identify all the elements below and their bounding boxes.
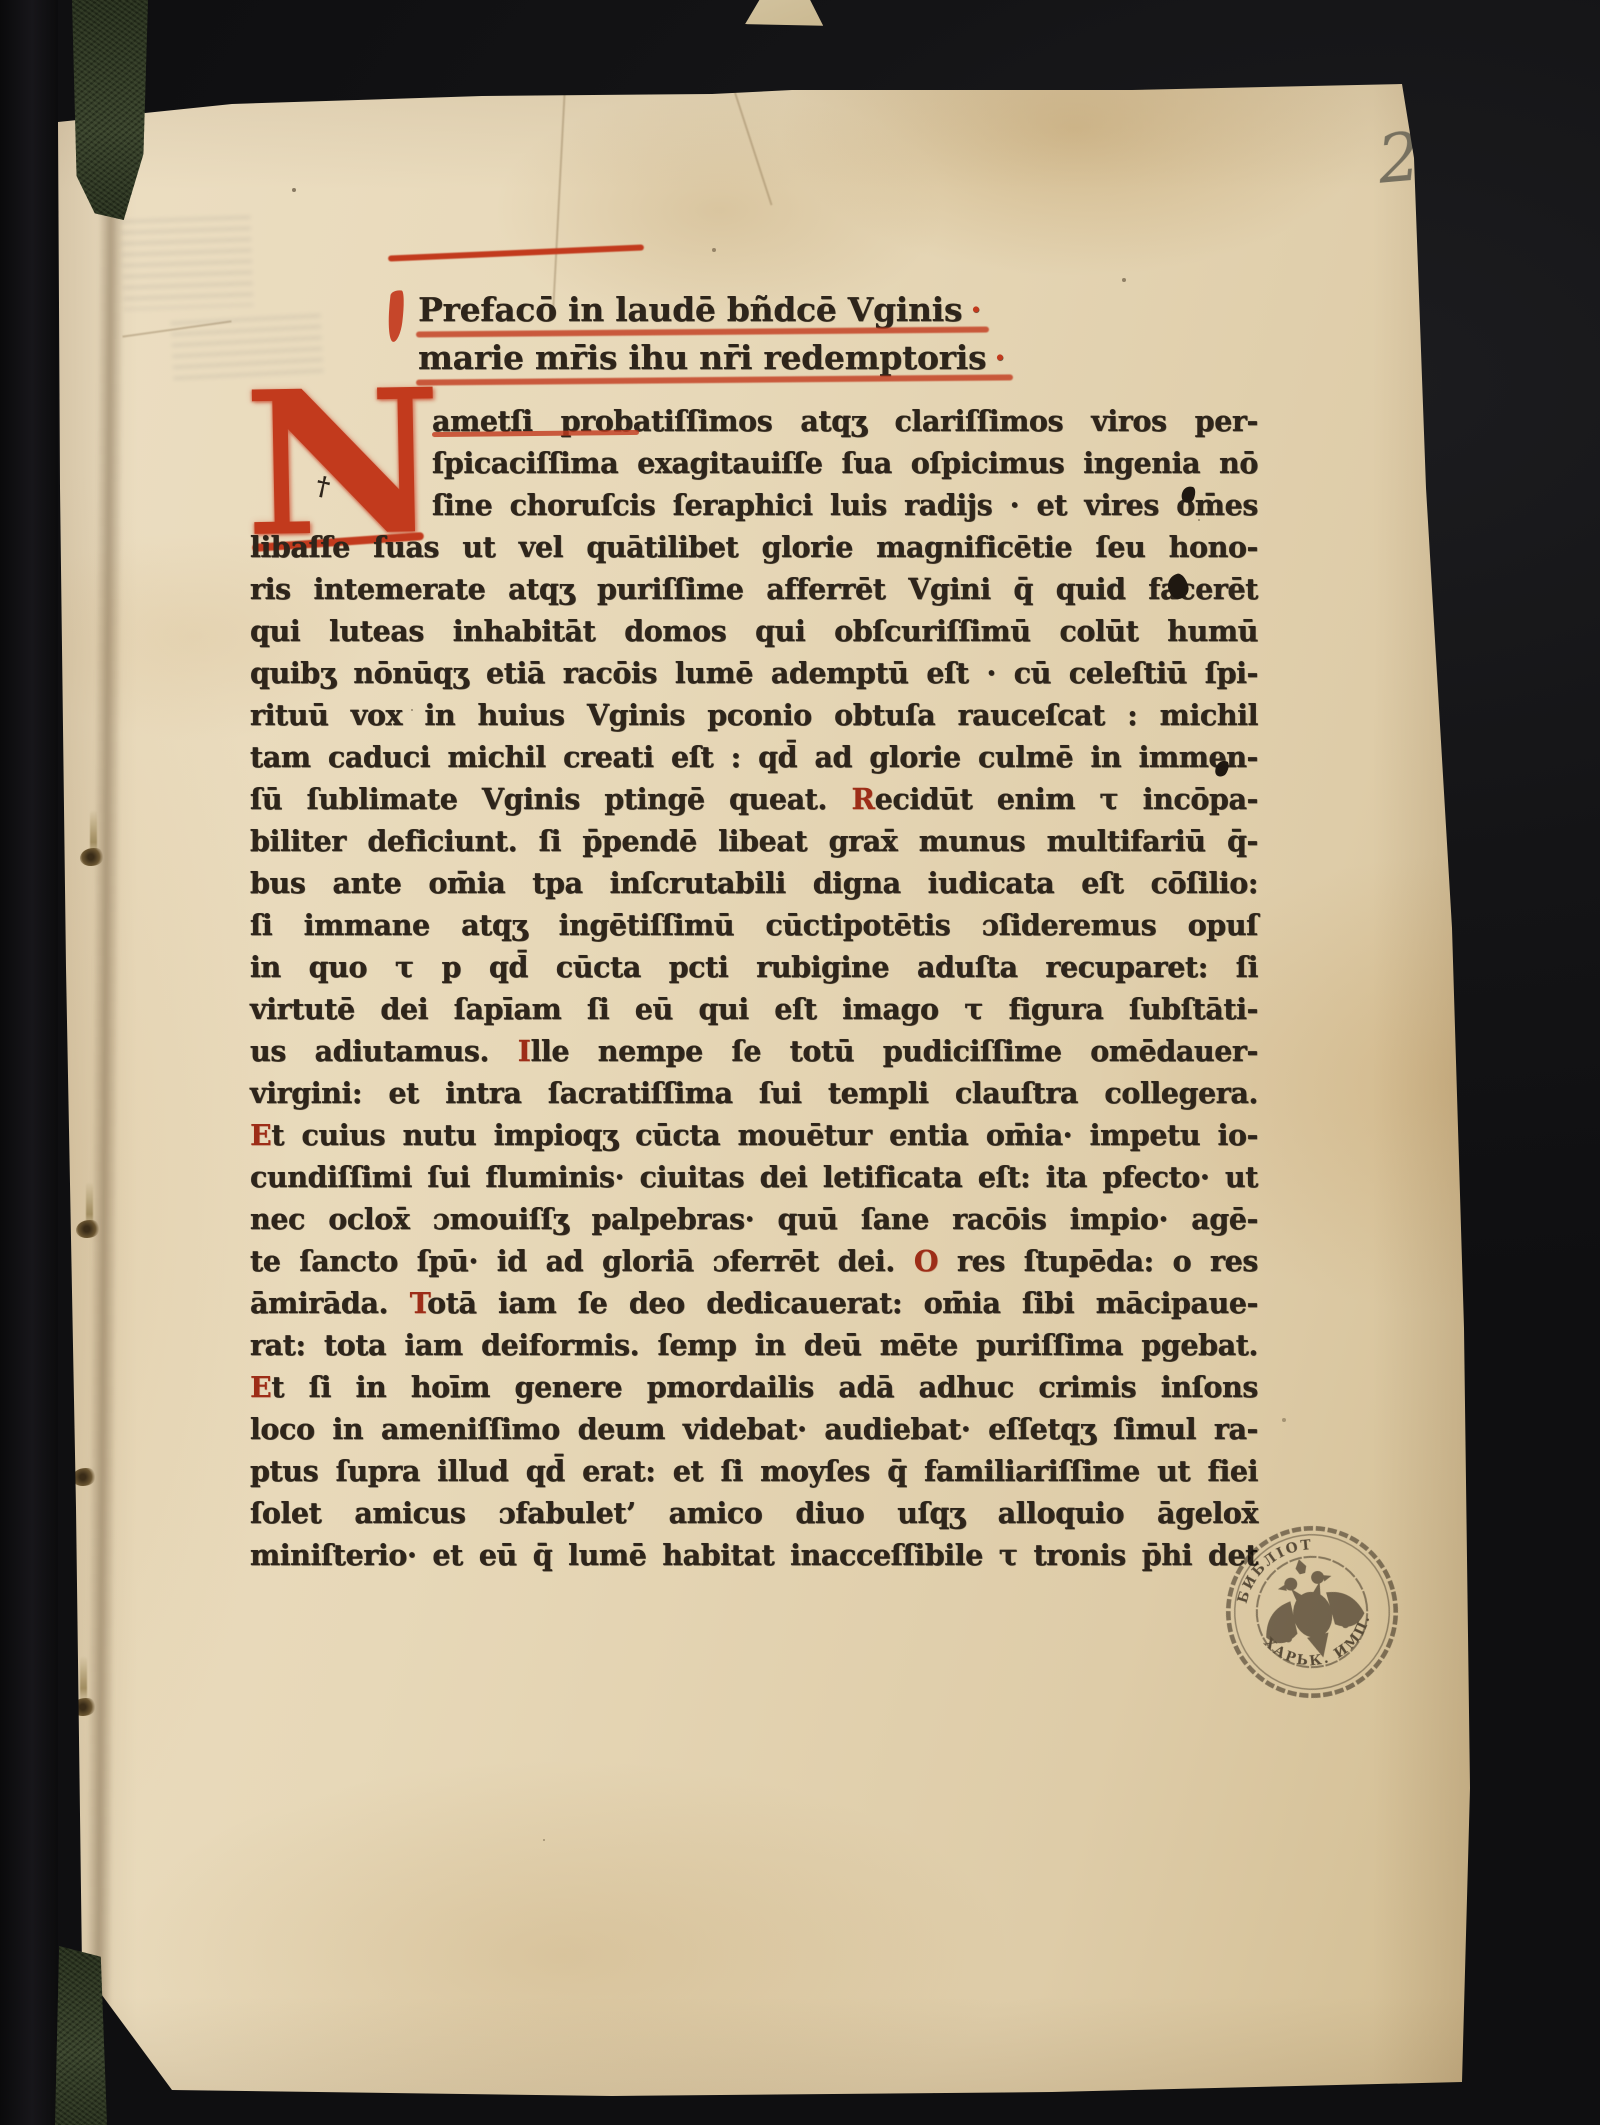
text-line: Et cuius nutu impioqʒ cūcta mouētur enti… xyxy=(250,1114,1258,1156)
text-line: ſū ſublimate Vginis ptingē queat. Recidū… xyxy=(250,778,1258,820)
text-segment: libaſſe ſuas ut vel quātilibet glorie ma… xyxy=(250,530,1258,564)
heading-line: Prefacō in laudē bñdcē Vginis· xyxy=(418,286,981,334)
text-segment: t ſi in hoīm genere pmordailis adā adhuc… xyxy=(271,1370,1258,1404)
text-line: cundiſſimi ſui fluminis· ciuitas dei let… xyxy=(250,1156,1258,1198)
text-line: tam caduci michil creati eſt : qd̄ ad gl… xyxy=(250,736,1258,778)
text-line: ametſi probatiſſimos atqʒ clariſſimos vi… xyxy=(250,400,1258,442)
text-line: rituū vox in huius Vginis pconio obtuſa … xyxy=(250,694,1258,736)
text-segment: quibʒ nōnūqʒ etiā racōis lumē ademptū eſ… xyxy=(250,656,1258,690)
heading: Prefacō in laudē bñdcē Vginis· marie mr̄… xyxy=(418,286,1005,382)
rubricated-letter: E xyxy=(250,1370,271,1404)
text-segment: res ſtupēda: o res xyxy=(938,1244,1258,1278)
text-line: te ſancto ſpū· id ad gloriā ɔferrēt dei.… xyxy=(250,1240,1258,1282)
red-paraph-mark xyxy=(385,289,406,342)
rubricated-letter: I xyxy=(518,1034,531,1068)
text-segment: cundiſſimi ſui fluminis· ciuitas dei let… xyxy=(250,1160,1258,1194)
rubricated-letter: T xyxy=(410,1286,428,1320)
red-end-mark: · xyxy=(994,338,1005,377)
red-pen-stroke xyxy=(388,244,644,261)
text-segment: ptus ſupra illud qd̄ erat: et ſi moyſes … xyxy=(250,1454,1258,1488)
text-segment: ſi immane atqʒ ingētiſſimū cūctipotētis … xyxy=(250,908,1258,942)
heading-line: marie mr̄is ihu nr̄i redemptoris· xyxy=(418,334,1005,382)
text-segment: nec oclox̄ ɔmouiſſʒ palpebras· quū ſane … xyxy=(250,1202,1258,1236)
text-line: in quo τ p qd̄ cūcta pcti rubigine aduſt… xyxy=(250,946,1258,988)
rubricated-letter: O xyxy=(914,1244,938,1278)
text-segment: ſpicaciſſima exagitauiſſe ſua oſpicimus … xyxy=(432,446,1258,480)
text-segment: āmirāda. xyxy=(250,1286,410,1320)
text-segment: atiſſimos atqʒ clariſſimos viros per- xyxy=(633,404,1258,438)
text-segment: biliter deficiunt. ſi p̄pendē libeat gra… xyxy=(250,824,1258,858)
sewing-thread xyxy=(80,1656,87,1702)
binding-gutter-fold xyxy=(85,188,124,2083)
text-segment: rituū vox in huius Vginis pconio obtuſa … xyxy=(250,698,1258,732)
text-line: us adiutamus. Ille nempe ſe totū pudiciſ… xyxy=(250,1030,1258,1072)
text-segment: virgini: et intra ſacratiſſima ſui templ… xyxy=(250,1076,1258,1110)
text-segment: in quo τ p qd̄ cūcta pcti rubigine aduſt… xyxy=(250,950,1258,984)
rubricated-letter: R xyxy=(851,782,874,816)
text-line: virtutē dei ſapīam ſi eū qui eſt imago τ… xyxy=(250,988,1258,1030)
book-spine xyxy=(0,0,58,2125)
text-line: ptus ſupra illud qd̄ erat: et ſi moyſes … xyxy=(250,1450,1258,1492)
text-segment: ris intemerate atqʒ puriſſime afferrēt V… xyxy=(250,572,1258,606)
text-line: ſine choruſcis ſeraphici luis radijs · e… xyxy=(250,484,1258,526)
text-segment: lle nempe ſe totū pudiciſſime omēdauer- xyxy=(531,1034,1258,1068)
paper-crease xyxy=(552,92,565,307)
text-line: quibʒ nōnūqʒ etiā racōis lumē ademptū eſ… xyxy=(250,652,1258,694)
text-segment: virtutē dei ſapīam ſi eū qui eſt imago τ… xyxy=(250,992,1258,1026)
body-text: ametſi probatiſſimos atqʒ clariſſimos vi… xyxy=(250,400,1258,1576)
text-segment: te ſancto ſpū· id ad gloriā ɔferrēt dei. xyxy=(250,1244,914,1278)
photograph-of-incunabulum-page: 2 Prefacō in laudē bñdcē Vginis· marie m… xyxy=(0,0,1600,2125)
heading-text: marie mr̄is ihu nr̄i redemptoris xyxy=(418,338,986,377)
text-segment: rat: tota iam deiformis. ſemp in deū mēt… xyxy=(250,1328,1258,1362)
text-segment: ametſi prob xyxy=(432,404,633,438)
text-line: ſpicaciſſima exagitauiſſe ſua oſpicimus … xyxy=(250,442,1258,484)
text-segment: qui luteas inhabitāt domos qui obſcuriſſ… xyxy=(250,614,1258,648)
text-line: biliter deficiunt. ſi p̄pendē libeat gra… xyxy=(250,820,1258,862)
parchment-page: 2 Prefacō in laudē bñdcē Vginis· marie m… xyxy=(52,68,1472,2098)
verso-show-through xyxy=(120,216,253,310)
heading-text: Prefacō in laudē bñdcē Vginis xyxy=(418,290,962,329)
text-line: ſi immane atqʒ ingētiſſimū cūctipotētis … xyxy=(250,904,1258,946)
text-segment: t cuius nutu impioqʒ cūcta mouētur entia… xyxy=(271,1118,1258,1152)
text-segment: ſolet amicus ɔfabulet’ amico diuo uſqʒ a… xyxy=(250,1496,1258,1530)
red-end-mark: · xyxy=(970,290,981,329)
text-line: nec oclox̄ ɔmouiſſʒ palpebras· quū ſane … xyxy=(250,1198,1258,1240)
text-segment: us adiutamus. xyxy=(250,1034,518,1068)
text-line: libaſſe ſuas ut vel quātilibet glorie ma… xyxy=(250,526,1258,568)
handwritten-folio-number: 2 xyxy=(1375,118,1424,198)
text-line: Et ſi in hoīm genere pmordailis adā adhu… xyxy=(250,1366,1258,1408)
spine-cloth-lining xyxy=(55,1946,107,2125)
text-segment: ecidūt enim τ incōpa- xyxy=(875,782,1258,816)
text-segment: otā iam ſe deo dedicauerat: om̄ia ſibi m… xyxy=(427,1286,1258,1320)
text-line: bus ante om̄ia tpa inſcrutabili digna iu… xyxy=(250,862,1258,904)
torn-paper-flap xyxy=(737,0,834,36)
text-segment: ſine choruſcis ſeraphici luis radijs · e… xyxy=(432,488,1258,522)
text-segment: tam caduci michil creati eſt : qd̄ ad gl… xyxy=(250,740,1258,774)
text-segment: bus ante om̄ia tpa inſcrutabili digna iu… xyxy=(250,866,1258,900)
text-segment: loco in ameniſſimo deum videbat· audieba… xyxy=(250,1412,1258,1446)
text-line: ris intemerate atqʒ puriſſime afferrēt V… xyxy=(250,568,1258,610)
text-segment: miniſterio· et eū q̄ lumē habitat inacce… xyxy=(250,1538,1258,1572)
text-segment: ſū ſublimate Vginis ptingē queat. xyxy=(250,782,851,816)
text-line: miniſterio· et eū q̄ lumē habitat inacce… xyxy=(250,1534,1258,1576)
text-line: virgini: et intra ſacratiſſima ſui templ… xyxy=(250,1072,1258,1114)
text-line: qui luteas inhabitāt domos qui obſcuriſſ… xyxy=(250,610,1258,652)
text-line: rat: tota iam deiformis. ſemp in deū mēt… xyxy=(250,1324,1258,1366)
text-line: ſolet amicus ɔfabulet’ amico diuo uſqʒ a… xyxy=(250,1492,1258,1534)
text-line: āmirāda. Totā iam ſe deo dedicauerat: om… xyxy=(250,1282,1258,1324)
foxing-specks xyxy=(292,188,296,192)
paper-crease xyxy=(734,91,773,206)
rubricated-letter: E xyxy=(250,1118,271,1152)
text-line: loco in ameniſſimo deum videbat· audieba… xyxy=(250,1408,1258,1450)
